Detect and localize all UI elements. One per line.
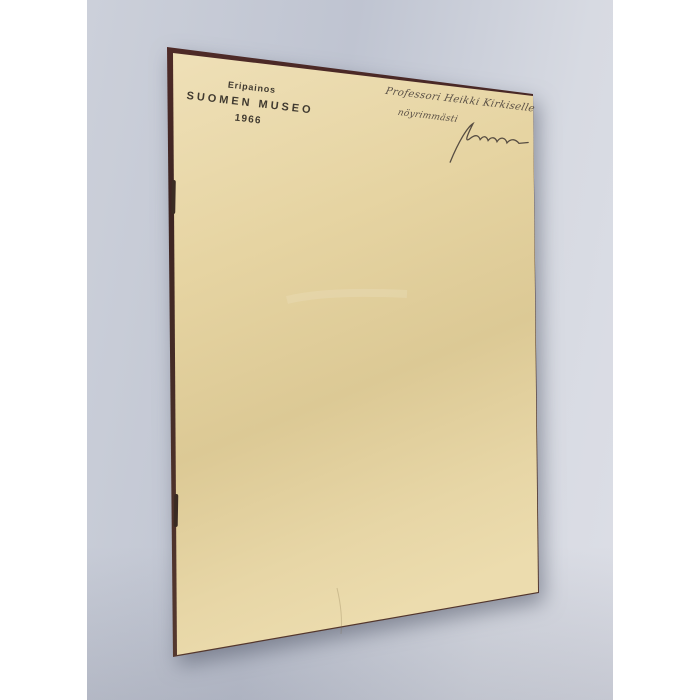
staple-top	[171, 180, 176, 214]
booklet-cover	[173, 53, 538, 655]
page: { "image": { "kind": "product photograph…	[0, 0, 700, 700]
photo-background: Eripainos SUOMEN MUSEO 1966 Professori H…	[87, 0, 613, 700]
staple-bottom	[174, 494, 179, 527]
